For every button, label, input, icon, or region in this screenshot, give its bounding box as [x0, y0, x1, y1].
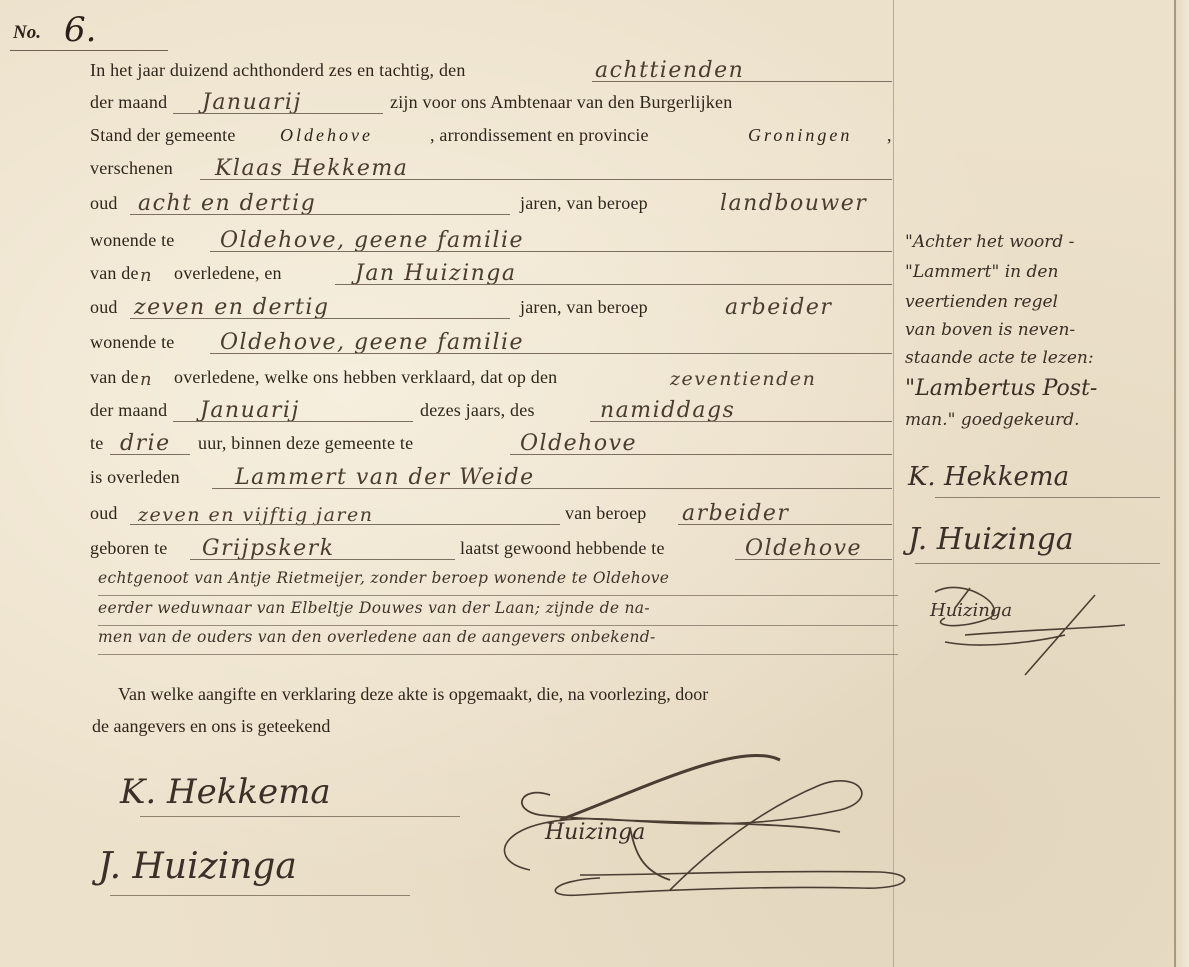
printed-text: uur, binnen deze gemeente te — [198, 433, 413, 454]
record-line-14: oud zeven en vijftig jaren van beroep ar… — [90, 498, 895, 530]
municipality-name: Oldehove — [280, 125, 373, 146]
fill-line — [173, 421, 413, 422]
record-line-2: der maand Januarij zijn voor ons Ambtena… — [90, 87, 895, 119]
handwritten-declarant1-residence: Oldehove, geene familie — [220, 228, 524, 253]
printed-text: zijn voor ons Ambtenaar van den Burgerli… — [390, 92, 732, 113]
margin-signature-hekkema: K. Hekkema — [908, 462, 1069, 492]
printed-text: , arrondissement en provincie — [430, 125, 649, 146]
fill-line — [510, 454, 892, 455]
handwritten-declarant1-profession: landbouwer — [720, 191, 867, 216]
handwritten-death-day: zeventienden — [670, 368, 816, 390]
handwritten-month: Januarij — [202, 90, 302, 115]
handwritten-declarant2-name: Jan Huizinga — [355, 261, 516, 286]
printed-text: dezes jaars, des — [420, 400, 535, 421]
addendum-line-2: eerder weduwnaar van Elbeltje Douwes van… — [98, 599, 898, 626]
signature-declarant1: K. Hekkema — [120, 772, 331, 812]
handwritten-declarant1-age: acht en dertig — [138, 191, 316, 216]
addendum-line-3: men van de ouders van den overledene aan… — [98, 628, 898, 655]
official-signature-flourish-small — [925, 580, 1145, 680]
handwritten-deceased-profession: arbeider — [682, 501, 789, 526]
printed-text: van beroep — [565, 503, 646, 524]
closing-text-line-1: Van welke aangifte en verklaring deze ak… — [118, 684, 708, 705]
printed-text: overledene, en — [174, 263, 282, 284]
handwritten-time-of-day: namiddags — [600, 398, 735, 423]
margin-note-line-4: van boven is neven- — [905, 320, 1165, 340]
margin-note-line-6: "Lambertus Post- — [905, 376, 1165, 401]
printed-text: der maand — [90, 92, 167, 113]
certificate-number-label: No. — [13, 22, 41, 44]
fill-line — [592, 81, 892, 82]
printed-text: der maand — [90, 400, 167, 421]
record-line-1: In het jaar duizend achthonderd zes en t… — [90, 55, 895, 87]
margin-note-line-2: "Lammert" in den — [905, 262, 1165, 282]
printed-text: oud — [90, 297, 118, 318]
fill-line — [210, 353, 892, 354]
record-line-8: oud zeven en dertig jaren, van beroep ar… — [90, 292, 895, 324]
record-line-9: wonende te Oldehove, geene familie — [90, 327, 895, 359]
handwritten-birthplace: Grijpskerk — [202, 536, 335, 561]
fill-line — [110, 454, 190, 455]
handwritten-deceased-age: zeven en vijftig jaren — [138, 504, 373, 526]
margin-note-line-3: veertienden regel — [905, 292, 1165, 312]
handwritten-gender-suffix: n — [140, 265, 153, 286]
record-line-6: wonende te Oldehove, geene familie — [90, 225, 895, 257]
record-line-13: is overleden Lammert van der Weide — [90, 462, 895, 494]
record-line-7: van de n overledene, en Jan Huizinga — [90, 258, 895, 290]
fill-line — [173, 113, 383, 114]
printed-text: oud — [90, 193, 118, 214]
handwritten-gender-suffix: n — [140, 369, 153, 390]
handwritten-declarant2-age: zeven en dertig — [134, 295, 329, 320]
closing-text-line-2: de aangevers en ons is geteekend — [92, 716, 330, 737]
signature-line — [110, 895, 410, 896]
record-line-11: der maand Januarij dezes jaars, des nami… — [90, 395, 895, 427]
fill-line — [212, 488, 892, 489]
printed-text: van de — [90, 263, 139, 284]
fill-line — [190, 559, 455, 560]
margin-note-line-1: "Achter het woord - — [905, 232, 1165, 252]
printed-text: In het jaar duizend achthonderd zes en t… — [90, 60, 466, 81]
handwritten-death-month: Januarij — [200, 398, 300, 423]
printed-text: laatst gewoond hebbende te — [460, 538, 665, 559]
printed-text: , — [887, 125, 892, 146]
signature-line — [915, 563, 1160, 564]
record-line-15: geboren te Grijpskerk laatst gewoond heb… — [90, 533, 895, 565]
handwritten-declarant1-name: Klaas Hekkema — [215, 156, 408, 181]
handwritten-hour: drie — [120, 431, 171, 456]
printed-text: overledene, welke ons hebben verklaard, … — [174, 367, 557, 388]
record-line-5: oud acht en dertig jaren, van beroep lan… — [90, 188, 895, 220]
record-line-4: verschenen Klaas Hekkema — [90, 153, 895, 185]
record-line-3: Stand der gemeente Oldehove , arrondisse… — [90, 120, 895, 152]
printed-text: is overleden — [90, 467, 180, 488]
handwritten-date-day: achttienden — [595, 58, 744, 83]
certificate-page: No. 6. In het jaar duizend achthonderd z… — [0, 0, 1189, 967]
fill-line — [735, 559, 892, 560]
margin-note-line-5: staande acte te lezen: — [905, 348, 1165, 368]
margin-note-line-7: man." goedgekeurd. — [905, 410, 1165, 430]
handwritten-declarant2-residence: Oldehove, geene familie — [220, 330, 524, 355]
handwritten-death-place: Oldehove — [520, 431, 637, 456]
signature-declarant2: J. Huizinga — [98, 846, 297, 887]
handwritten-deceased-name: Lammert van der Weide — [235, 465, 535, 490]
signature-line — [140, 816, 460, 817]
fill-line — [130, 524, 560, 525]
printed-text: oud — [90, 503, 118, 524]
printed-text: van de — [90, 367, 139, 388]
fill-line — [130, 318, 510, 319]
certificate-number-underline — [10, 50, 168, 51]
record-line-12: te drie uur, binnen deze gemeente te Old… — [90, 428, 895, 460]
signature-line — [935, 497, 1160, 498]
margin-signature-huizinga: J. Huizinga — [908, 522, 1074, 557]
printed-text: te — [90, 433, 103, 454]
printed-text: jaren, van beroep — [520, 193, 648, 214]
handwritten-declarant2-profession: arbeider — [725, 295, 832, 320]
fill-line — [130, 214, 510, 215]
printed-text: geboren te — [90, 538, 167, 559]
record-line-10: van de n overledene, welke ons hebben ve… — [90, 362, 895, 394]
addendum-line-1: echtgenoot van Antje Rietmeijer, zonder … — [98, 569, 898, 596]
fill-line — [678, 524, 892, 525]
printed-text: wonende te — [90, 230, 174, 251]
page-edge — [1176, 0, 1189, 967]
fill-line — [200, 179, 892, 180]
fill-line — [335, 284, 892, 285]
printed-text: jaren, van beroep — [520, 297, 648, 318]
certificate-number-value: 6. — [64, 10, 96, 50]
fill-line — [210, 251, 892, 252]
province-name: Groningen — [748, 125, 852, 146]
fill-line — [590, 421, 892, 422]
printed-text: Stand der gemeente — [90, 125, 236, 146]
printed-text: verschenen — [90, 158, 173, 179]
printed-text: wonende te — [90, 332, 174, 353]
official-signature-flourish — [460, 750, 940, 910]
handwritten-last-residence: Oldehove — [745, 536, 862, 561]
